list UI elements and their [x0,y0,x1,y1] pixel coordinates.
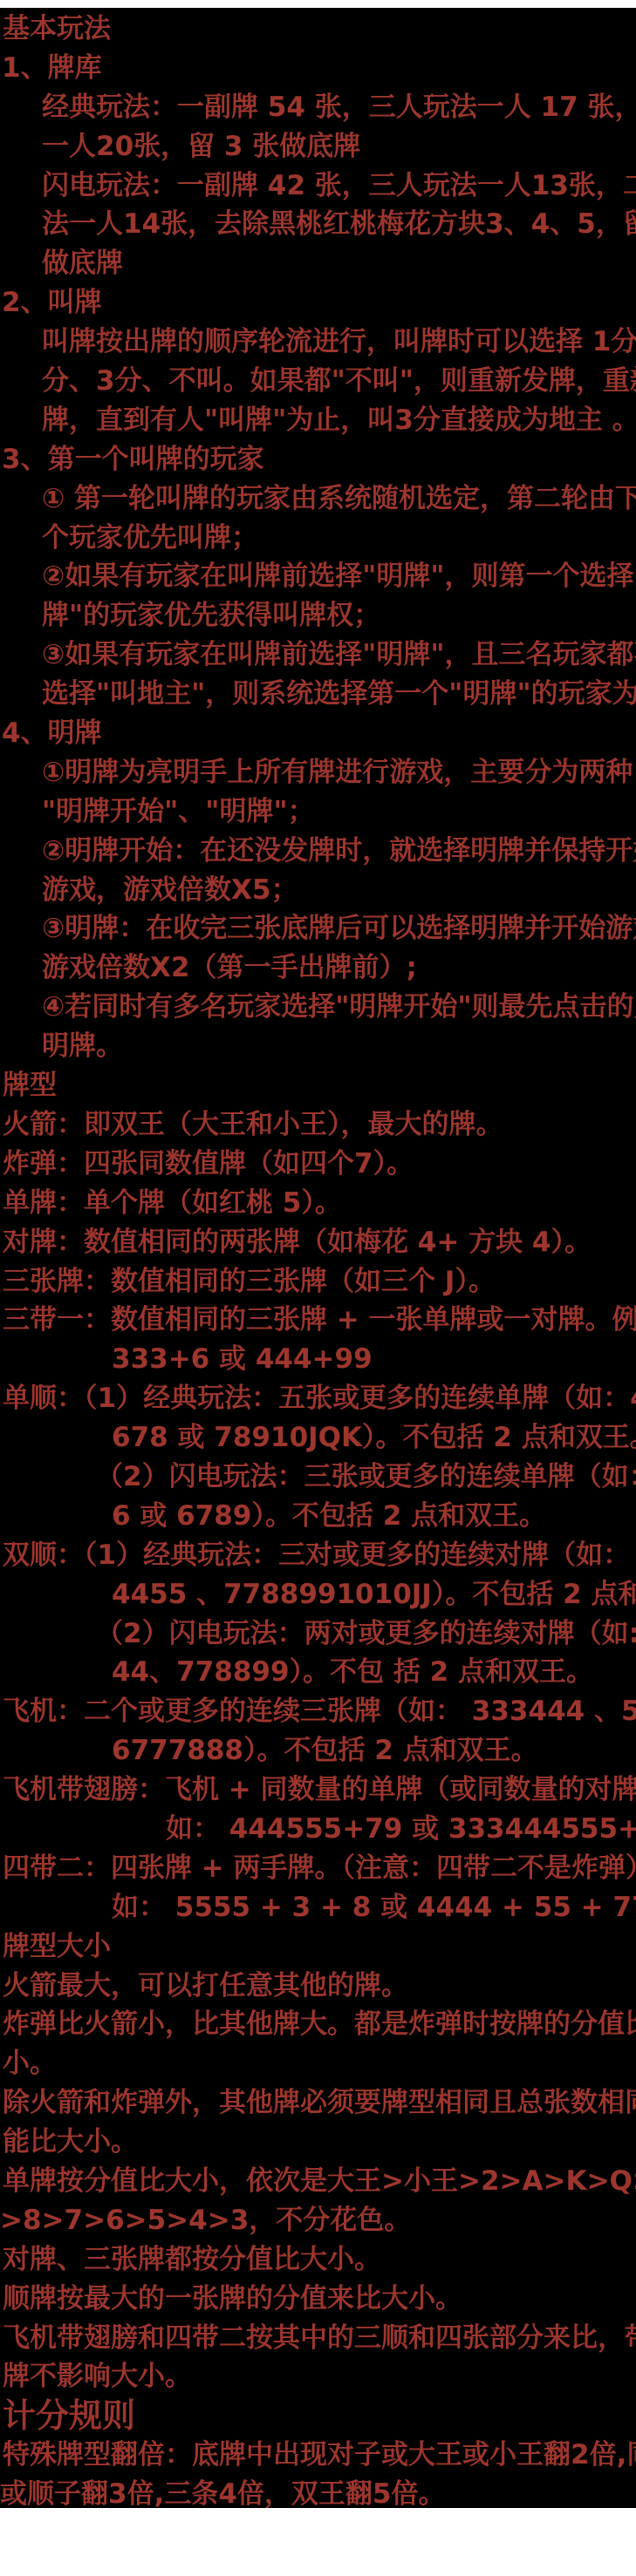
text-line: 对牌：数值相同的两张牌（如梅花 4+ 方块 4）。 [0,1223,636,1262]
text-line: 特殊牌型翻倍：底牌中出现对子或大王或小王翻2倍,同花 [0,2436,636,2475]
text-line: 飞机带翅膀：飞机 + 同数量的单牌（或同数量的对牌）。 [0,1771,636,1810]
section-heading: 牌型大小 [0,1927,636,1967]
text-line: 炸弹：四张同数值牌（如四个7）。 [0,1145,636,1184]
text-line: 游戏，游戏倍数X5； [0,871,636,910]
text-line: 火箭最大，可以打任意其他的牌。 [0,1967,636,2006]
text-line: 闪电玩法：一副牌 42 张，三人玩法一人13张，二人玩 [0,167,636,206]
text-line: 火箭：即双王（大王和小王），最大的牌。 [0,1105,636,1145]
text-line: 双顺：（1）经典玩法：三对或更多的连续对牌（如： 33 [0,1536,636,1575]
text-line: 一人20张，留 3 张做底牌 [0,127,636,167]
text-line: ②如果有玩家在叫牌前选择"明牌"，则第一个选择"明 [0,557,636,596]
text-line: 如： 444555+79 或 333444555+7799JJ [0,1810,636,1849]
rules-panel: 基本玩法1、牌库经典玩法：一副牌 54 张，三人玩法一人 17 张，玩法一人20… [0,8,636,2508]
text-line: 叫牌按出牌的顺序轮流进行，叫牌时可以选择 1分、2 [0,323,636,362]
text-line: 6 或 6789）。不包括 2 点和双王。 [0,1497,636,1536]
section-heading: 基本玩法 [0,10,636,49]
text-line: ②明牌开始：在还没发牌时，就选择明牌并保持开始 [0,832,636,871]
rules-text: 基本玩法1、牌库经典玩法：一副牌 54 张，三人玩法一人 17 张，玩法一人20… [0,10,636,2508]
text-line: 678 或 78910JQK）。不包括 2 点和双王。 [0,1418,636,1458]
text-line: 333+6 或 444+99 [0,1340,636,1379]
text-line: 经典玩法：一副牌 54 张，三人玩法一人 17 张，玩法 [0,88,636,127]
text-line: 单顺：（1）经典玩法：五张或更多的连续单牌（如：45 [0,1379,636,1418]
text-line: 如： 5555 + 3 + 8 或 4444 + 55 + 77 。 [0,1888,636,1927]
text-line: 4、明牌 [0,714,636,753]
text-line: ③如果有玩家在叫牌前选择"明牌"，且三名玩家都不 [0,636,636,675]
text-line: 游戏倍数X2（第一手出牌前）; [0,948,636,988]
text-line: ① 第一轮叫牌的玩家由系统随机选定，第二轮由下一 [0,479,636,519]
section-heading: 牌型 [0,1066,636,1105]
text-line: 四带二：四张牌 + 两手牌。（注意：四带二不是炸弹）。 [0,1849,636,1888]
text-line: 或顺子翻3倍,三条4倍，双王翻5倍。 [0,2475,636,2508]
text-line: （2）闪电玩法：三张或更多的连续单牌（如：45 [0,1458,636,1497]
text-line: 对牌、三张牌都按分值比大小。 [0,2240,636,2280]
rules-page: 基本玩法1、牌库经典玩法：一副牌 54 张，三人玩法一人 17 张，玩法一人20… [0,0,636,2576]
text-line: 单牌：单个牌（如红桃 5）。 [0,1184,636,1223]
text-line: "明牌开始"、"明牌"； [0,792,636,832]
text-line: 44、778899）。不包 括 2 点和双王。 [0,1653,636,1692]
text-line: 飞机：二个或更多的连续三张牌（如： 333444 、55566 [0,1692,636,1731]
text-line: （2）闪电玩法：两对或更多的连续对牌（如: 33 [0,1614,636,1654]
text-line: 选择"叫地主"，则系统选择第一个"明牌"的玩家为地主 [0,675,636,714]
text-line: 炸弹比火箭小，比其他牌大。都是炸弹时按牌的分值比大 [0,2005,636,2044]
text-line: 3、第一个叫牌的玩家 [0,440,636,479]
text-line: 个玩家优先叫牌； [0,519,636,558]
text-line: ④若同时有多名玩家选择"明牌开始"则最先点击的人 [0,988,636,1027]
text-line: 能比大小。 [0,2123,636,2162]
text-line: 飞机带翅膀和四带二按其中的三顺和四张部分来比，带的 [0,2319,636,2358]
text-line: 6777888）。不包括 2 点和双王。 [0,1731,636,1771]
text-line: 法一人14张，去除黑桃红桃梅花方块3、4、5，留 3 张 [0,205,636,244]
text-line: 4455 、7788991010JJ）。不包括 2 点和双王。 [0,1575,636,1614]
text-line: 分、3分、不叫。如果都"不叫"，则重新发牌，重新叫 [0,362,636,401]
text-line: 小。 [0,2044,636,2083]
text-line: 做底牌 [0,244,636,283]
text-line: 牌，直到有人"叫牌"为止，叫3分直接成为地主 。 [0,401,636,440]
text-line: >8>7>6>5>4>3，不分花色。 [0,2201,636,2240]
text-line: 单牌按分值比大小，依次是大王>小王>2>A>K>Q>J>10>9 [0,2162,636,2201]
text-line: ①明牌为亮明手上所有牌进行游戏，主要分为两种： [0,753,636,792]
section-heading: 计分规则 [0,2396,636,2436]
text-line: 牌"的玩家优先获得叫牌权； [0,596,636,636]
text-line: ③明牌：在收完三张底牌后可以选择明牌并开始游戏， [0,909,636,948]
text-line: 牌不影响大小。 [0,2357,636,2396]
text-line: 2、叫牌 [0,283,636,323]
text-line: 除火箭和炸弹外，其他牌必须要牌型相同且总张数相同才 [0,2083,636,2123]
text-line: 顺牌按最大的一张牌的分值来比大小。 [0,2280,636,2319]
text-line: 三带一：数值相同的三张牌 + 一张单牌或一对牌。例如: [0,1301,636,1340]
text-line: 1、牌库 [0,49,636,88]
text-line: 明牌。 [0,1027,636,1066]
text-line: 三张牌：数值相同的三张牌（如三个 J）。 [0,1262,636,1302]
